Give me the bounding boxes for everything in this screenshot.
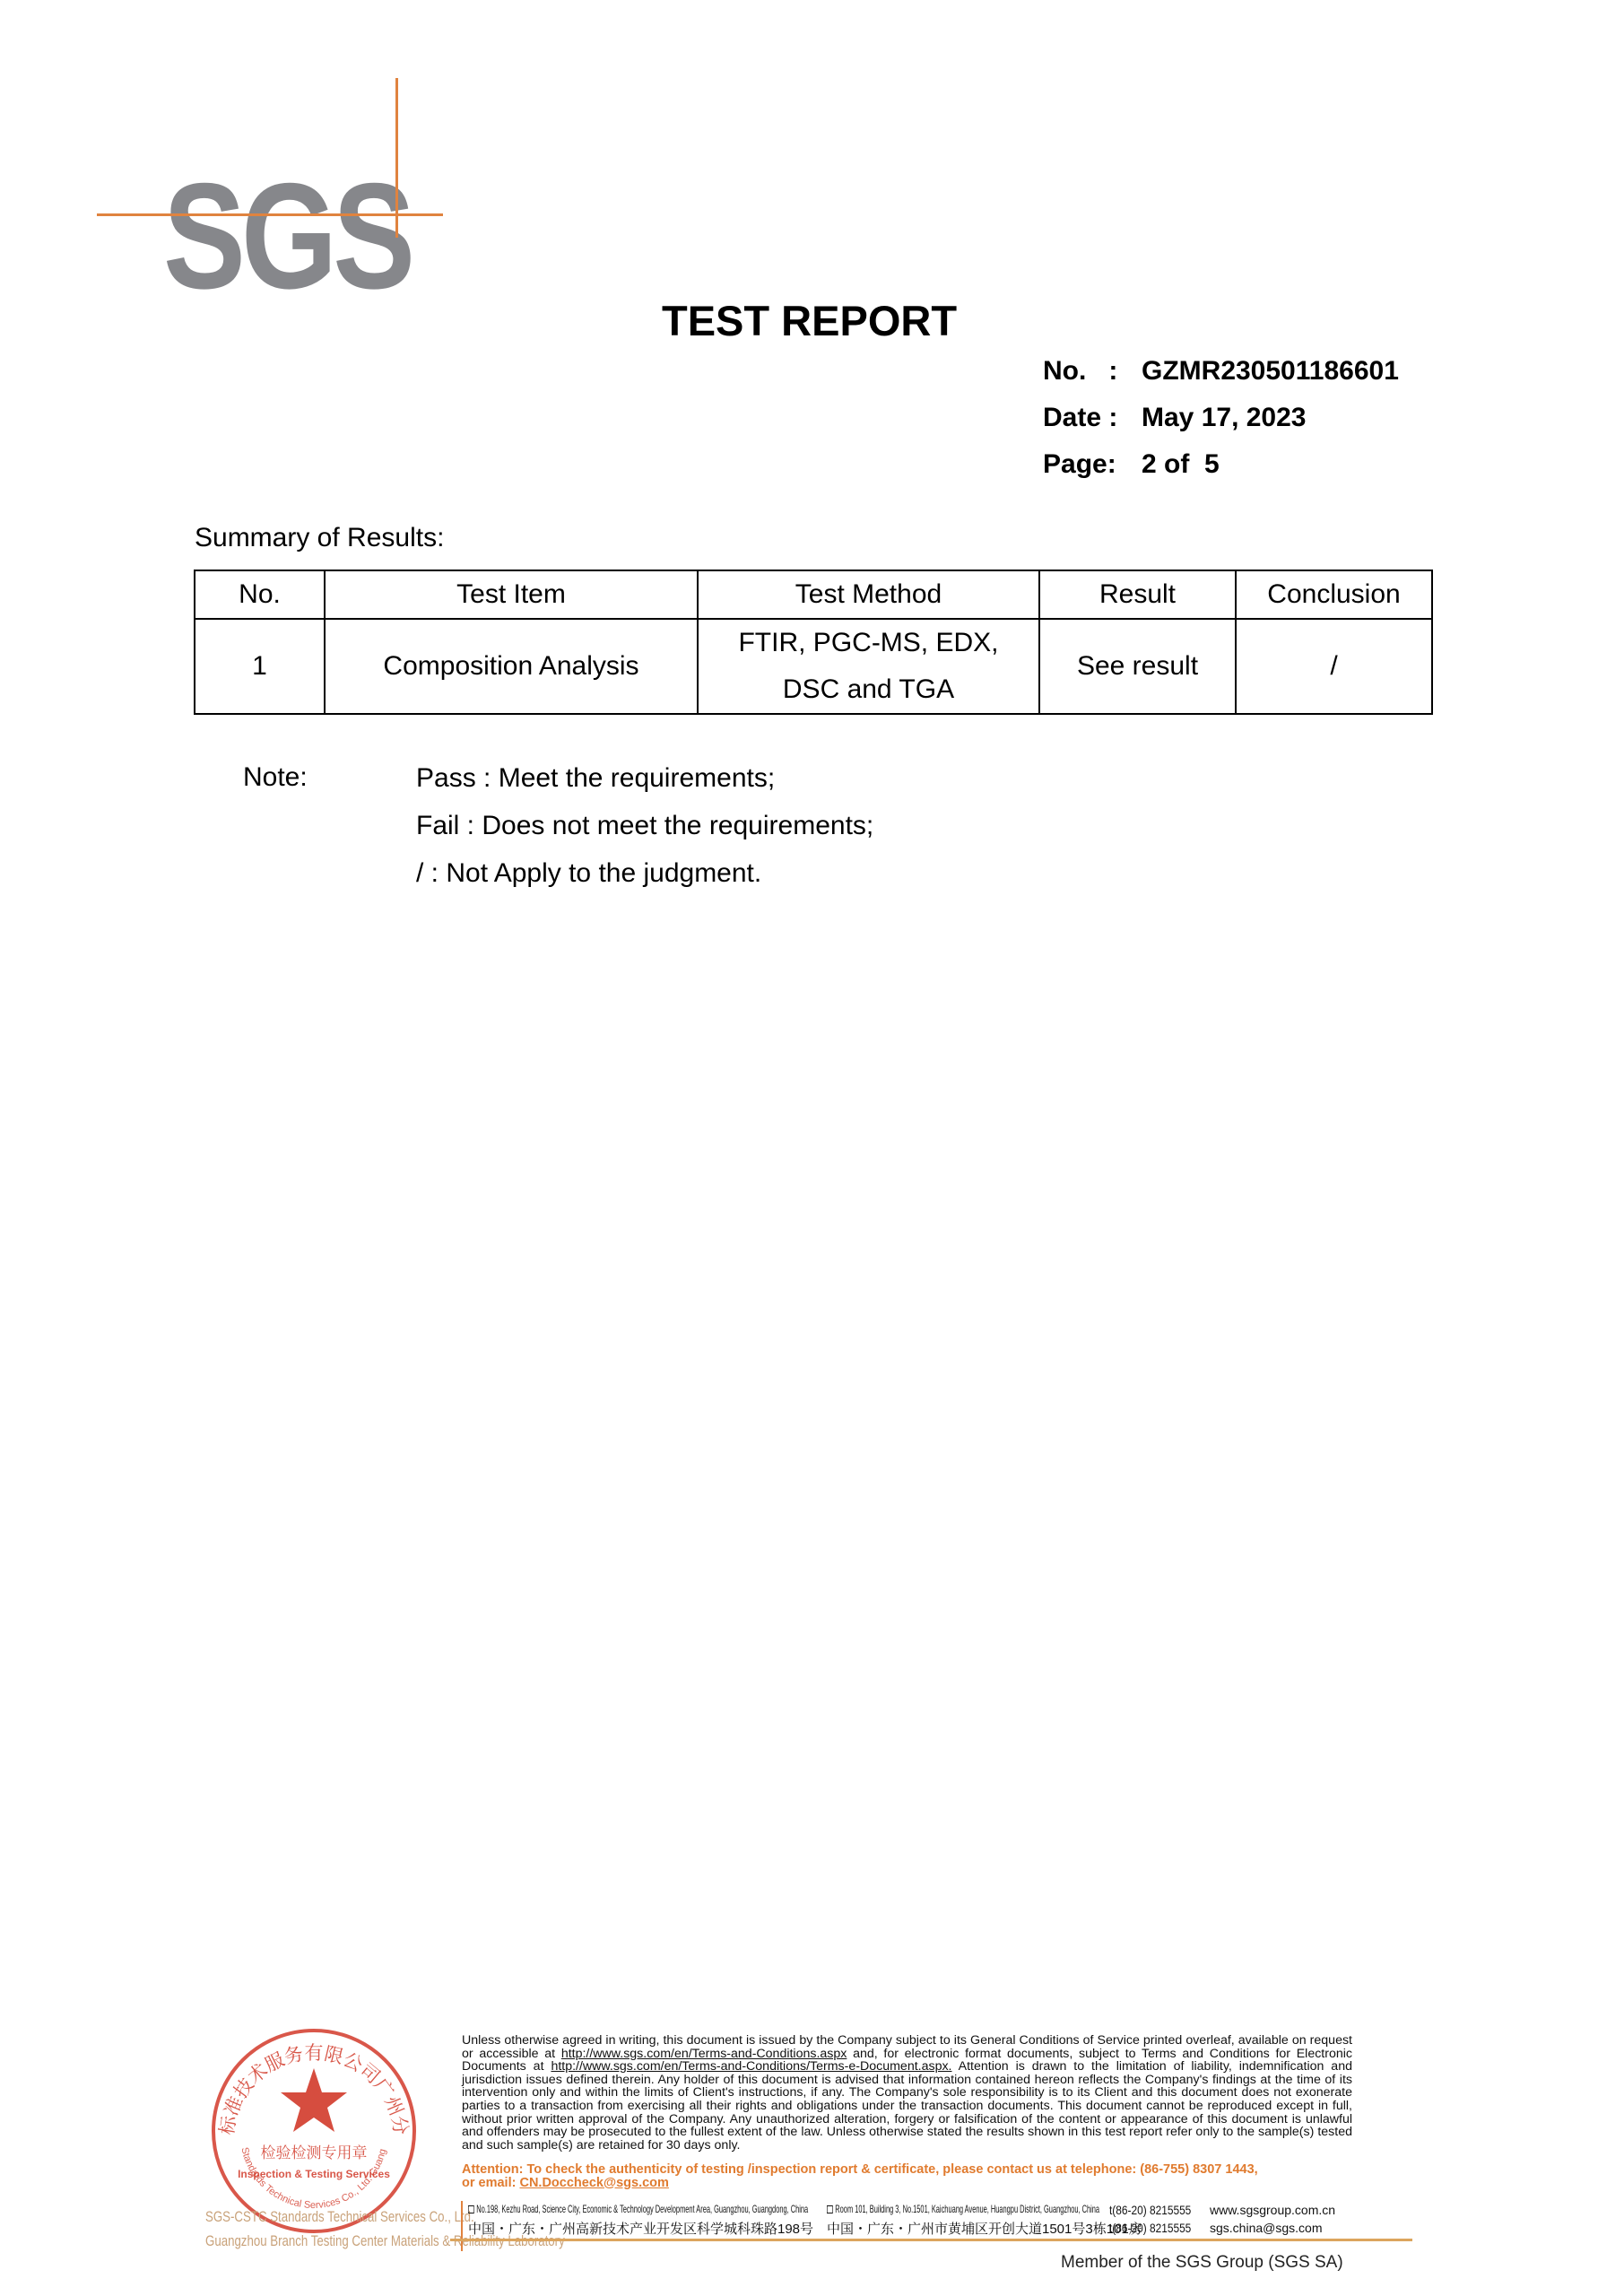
disclaimer-text-3: Attention is drawn to the limitation of … <box>462 2059 1352 2152</box>
legal-disclaimer: Unless otherwise agreed in writing, this… <box>462 2034 1352 2152</box>
report-number-value: GZMR230501186601 <box>1142 356 1399 387</box>
cell-test-item: Composition Analysis <box>325 619 698 714</box>
address-vertical-rule <box>461 2201 463 2251</box>
website-link[interactable]: www.sgsgroup.com.cn <box>1210 2203 1335 2217</box>
checkbox-square-icon <box>468 2205 474 2213</box>
logo-vertical-rule <box>395 78 398 238</box>
authenticity-notice-email-prefix: or email: <box>462 2176 519 2190</box>
authenticity-notice: Attention: To check the authenticity of … <box>462 2163 1359 2189</box>
terms-link[interactable]: http://www.sgs.com/en/Terms-and-Conditio… <box>561 2047 847 2061</box>
address-1-en: No.198, Kezhu Road, Science City, Econom… <box>468 2203 808 2215</box>
sgs-logo: SGS <box>97 78 443 239</box>
cell-result: See result <box>1039 619 1236 714</box>
address-1-cn: 中国・广东・广州高新技术产业开发区科学城科珠路198号 <box>468 2219 813 2238</box>
note-not-apply: / : Not Apply to the judgment. <box>416 857 1044 905</box>
address-block: No.198, Kezhu Road, Science City, Econom… <box>461 2203 1358 2242</box>
report-number-row: No. : GZMR230501186601 <box>1043 348 1399 395</box>
report-page-value: 2 of 5 <box>1142 449 1220 480</box>
address-2-en: Room 101, Building 3, No.1501, Kaichuang… <box>827 2203 1099 2215</box>
authenticity-notice-line-1: Attention: To check the authenticity of … <box>462 2163 1359 2177</box>
cell-conclusion: / <box>1236 619 1432 714</box>
report-page-label: Page: <box>1043 449 1142 480</box>
summary-heading: Summary of Results: <box>195 523 444 553</box>
phone-1: t(86-20) 8215555 <box>1109 2203 1191 2217</box>
address-2-cn: 中国・广东・广州市黄埔区开创大道1501号3栋101房 <box>827 2219 1142 2238</box>
report-page-row: Page: 2 of 5 <box>1043 441 1399 488</box>
table-row: 1 Composition Analysis FTIR, PGC-MS, EDX… <box>195 619 1432 714</box>
note-label: Note: <box>243 762 308 793</box>
column-header-no: No. <box>195 570 325 619</box>
column-header-conclusion: Conclusion <box>1236 570 1432 619</box>
logo-horizontal-rule <box>97 213 443 216</box>
cell-no: 1 <box>195 619 325 714</box>
checkbox-square-icon <box>827 2205 833 2213</box>
column-header-test-item: Test Item <box>325 570 698 619</box>
report-meta: No. : GZMR230501186601 Date : May 17, 20… <box>1043 348 1399 488</box>
phone-2: t(86-20) 8215555 <box>1109 2221 1191 2235</box>
report-date-label: Date : <box>1043 403 1142 433</box>
email-link[interactable]: sgs.china@sgs.com <box>1210 2221 1322 2235</box>
address-horizontal-rule <box>450 2239 1412 2241</box>
test-method-line-1: FTIR, PGC-MS, EDX, <box>699 620 1038 666</box>
page-title: TEST REPORT <box>662 296 957 345</box>
sgs-logo-text: SGS <box>163 161 411 311</box>
note-pass: Pass : Meet the requirements; <box>416 762 1044 810</box>
column-header-result: Result <box>1039 570 1236 619</box>
summary-table: No. Test Item Test Method Result Conclus… <box>194 570 1433 715</box>
member-of-sgs-group: Member of the SGS Group (SGS SA) <box>1061 2253 1343 2273</box>
svg-text:检验检测专用章: 检验检测专用章 <box>261 2144 368 2162</box>
table-header-row: No. Test Item Test Method Result Conclus… <box>195 570 1432 619</box>
test-method-line-2: DSC and TGA <box>699 666 1038 713</box>
note-fail: Fail : Does not meet the requirements; <box>416 810 1044 857</box>
report-number-label: No. : <box>1043 356 1142 387</box>
report-date-value: May 17, 2023 <box>1142 403 1306 433</box>
report-date-row: Date : May 17, 2023 <box>1043 395 1399 441</box>
column-header-test-method: Test Method <box>698 570 1039 619</box>
doccheck-email-link[interactable]: CN.Doccheck@sgs.com <box>519 2176 668 2190</box>
e-document-terms-link[interactable]: http://www.sgs.com/en/Terms-and-Conditio… <box>551 2059 951 2074</box>
cell-test-method: FTIR, PGC-MS, EDX, DSC and TGA <box>698 619 1039 714</box>
